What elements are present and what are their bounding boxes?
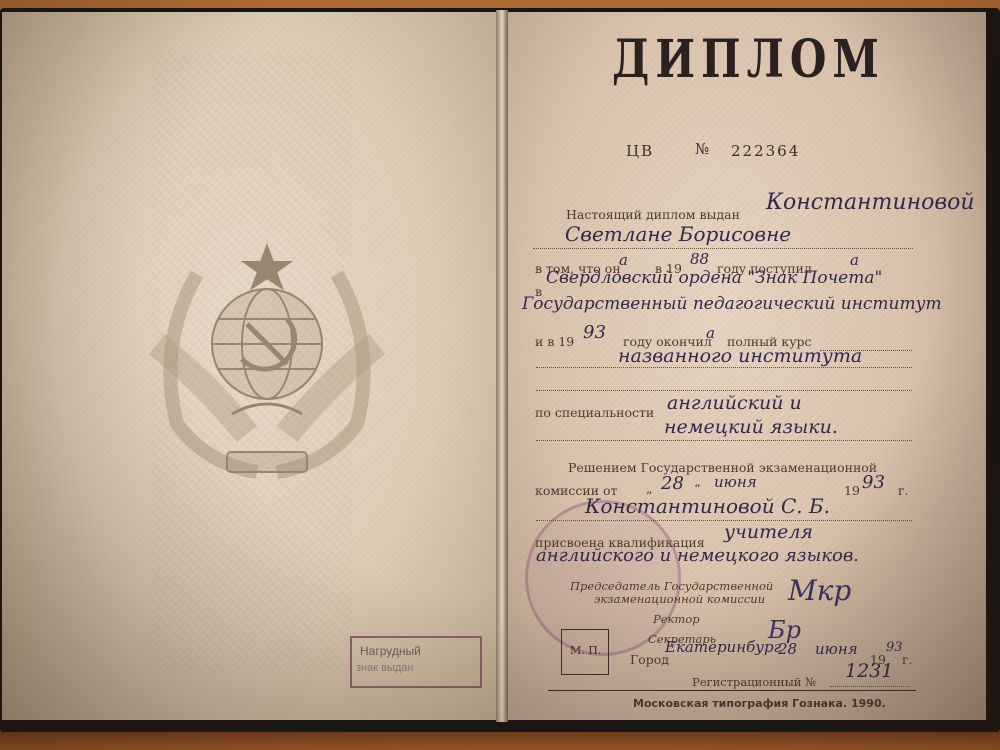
rector-label: Ректор	[653, 612, 700, 626]
gender-suffix: а	[850, 251, 859, 269]
year-entered: 88	[690, 250, 709, 268]
institution-line-1: Свердловский ордена "Знак Почета"	[546, 268, 882, 288]
specialty-line-1: английский и	[667, 392, 802, 414]
footer-rule	[548, 690, 916, 691]
recipient-short-name: Константиновой С. Б.	[585, 494, 830, 518]
series-label: ЦВ	[626, 142, 654, 160]
institution-line-2: Государственный педагогический институт	[522, 294, 942, 314]
city-label: Город	[630, 652, 669, 667]
dotted-rule	[830, 686, 910, 687]
chair-title-line-1: Председатель Государственной	[570, 579, 773, 593]
table-surface	[0, 732, 1000, 750]
stamp-text-faded: знак выдан	[356, 662, 413, 674]
diploma-number: 222364	[731, 142, 800, 160]
document-title: ДИПЛОМ	[612, 28, 885, 89]
course-of-institute: названного института	[618, 345, 862, 367]
year-graduated: 93	[583, 322, 606, 343]
dotted-rule	[536, 390, 912, 391]
decision-month: июня	[714, 473, 757, 491]
chair-title-line-2: экзаменационной комиссии	[594, 592, 765, 606]
gender-suffix: а	[619, 251, 628, 269]
registration-number: 1231	[845, 660, 893, 682]
issued-to-label: Настоящий диплом выдан	[566, 207, 740, 222]
graduated-prefix: и в 19	[535, 334, 574, 349]
place-year: 93	[886, 640, 903, 655]
ussr-coat-of-arms-icon	[137, 234, 397, 489]
decision-day: 28	[661, 473, 684, 494]
seal-place-mark: М. П.	[570, 644, 601, 657]
place-year-suffix: г.	[902, 652, 913, 667]
printer-imprint: Московская типография Гознака. 1990.	[633, 697, 886, 710]
chair-signature: Мкр	[788, 574, 851, 607]
seal-place-box: М. П.	[561, 629, 609, 675]
dotted-rule	[536, 367, 912, 368]
dotted-rule	[536, 440, 912, 441]
place-day: 28	[778, 640, 797, 658]
recipient-given-names: Светлане Борисовне	[565, 222, 791, 246]
stamp-text: Нагрудный	[360, 644, 421, 658]
decision-year: 93	[862, 472, 885, 493]
gender-suffix: а	[706, 324, 715, 342]
badge-issued-stamp: Нагрудный знак выдан	[350, 636, 482, 688]
qualification-line-1: учителя	[724, 521, 813, 543]
recipient-surname: Константиновой	[766, 190, 975, 215]
registration-label: Регистрационный №	[692, 675, 816, 689]
dotted-rule	[533, 248, 913, 249]
decision-year-prefix: 19	[844, 483, 860, 498]
city-name: Екатеринбург	[665, 638, 781, 656]
left-page: Нагрудный знак выдан	[2, 12, 496, 720]
number-sign: №	[695, 140, 711, 158]
book-spine	[496, 10, 508, 722]
specialty-label: по специальности	[535, 405, 654, 420]
decision-year-suffix: г.	[898, 483, 909, 498]
qualification-line-2: английского и немецкого языков.	[536, 545, 859, 566]
specialty-line-2: немецкий языки.	[664, 416, 838, 438]
place-month: июня	[815, 640, 858, 658]
